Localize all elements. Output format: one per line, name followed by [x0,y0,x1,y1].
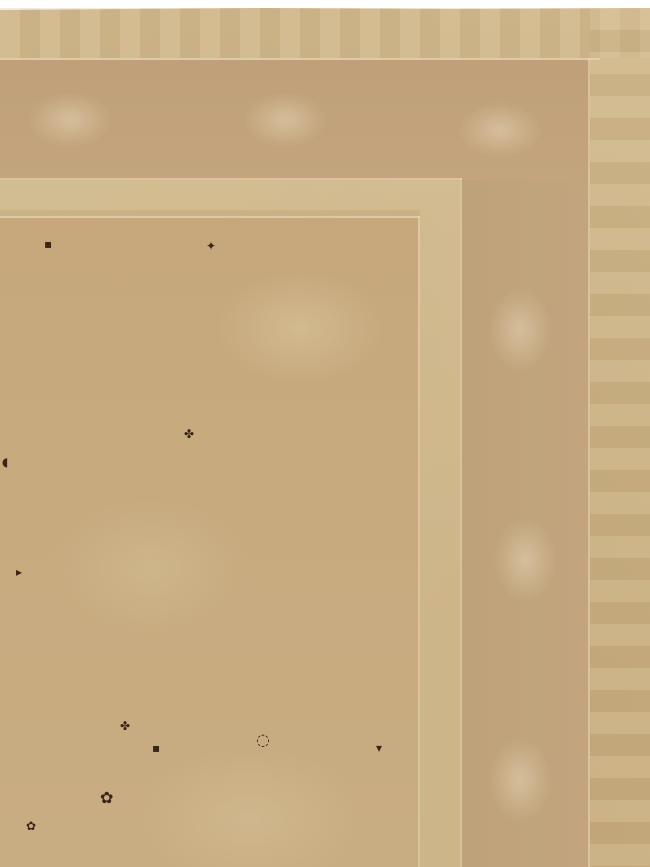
wear-spot: ◌ [256,732,270,748]
wear-spot: ◖ [2,456,8,468]
rug-field [0,218,418,867]
wear-spot: ✿ [26,820,36,832]
main-border-right [460,180,590,867]
wear-spot: ✤ [120,720,130,732]
border-line [0,178,462,180]
border-line [588,58,590,867]
wear-spot: ▪ [152,742,160,754]
wear-spot: ✿ [100,790,113,806]
outer-guard-border-top [0,8,650,58]
outer-guard-border-right [590,8,650,867]
wear-spot: ▪ [44,238,52,250]
border-line [460,178,462,867]
wear-spot: ✦ [206,240,216,252]
inner-guard-right [420,210,460,867]
main-border-top [0,60,590,180]
border-line [0,216,420,218]
wear-spot: ▾ [376,742,382,754]
border-line [0,58,600,60]
inner-guard-top [0,180,460,210]
border-line [418,216,420,867]
wear-spot: ▸ [16,566,22,578]
wear-spot: ✤ [184,428,194,440]
